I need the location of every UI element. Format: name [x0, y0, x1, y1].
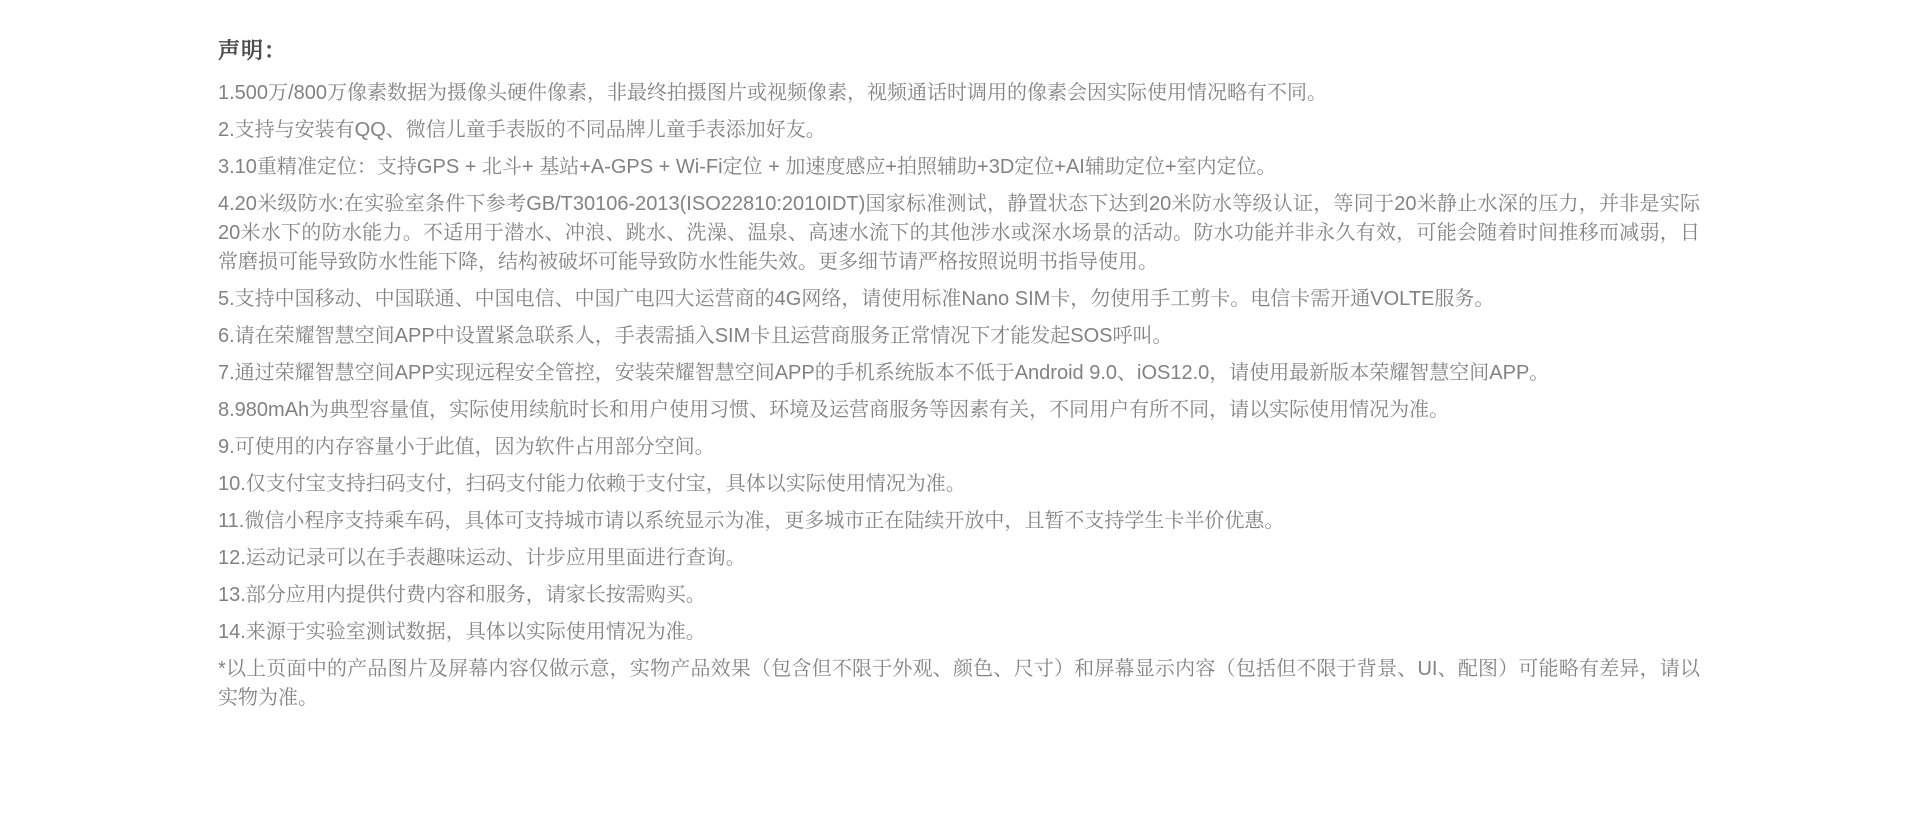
disclaimer-page: 声明： 1.500万/800万像素数据为摄像头硬件像素，非最终拍摄图片或视频像素…	[0, 0, 1920, 833]
disclaimer-item: 10.仅支付宝支持扫码支付，扫码支付能力依赖于支付宝，具体以实际使用情况为准。	[218, 470, 1700, 499]
disclaimer-footnote: *以上页面中的产品图片及屏幕内容仅做示意，实物产品效果（包含但不限于外观、颜色、…	[218, 655, 1700, 713]
disclaimer-item: 3.10重精准定位：支持GPS + 北斗+ 基站+A-GPS + Wi-Fi定位…	[218, 153, 1700, 182]
disclaimer-item: 2.支持与安装有QQ、微信儿童手表版的不同品牌儿童手表添加好友。	[218, 116, 1700, 145]
disclaimer-item: 9.可使用的内存容量小于此值，因为软件占用部分空间。	[218, 433, 1700, 462]
disclaimer-list: 1.500万/800万像素数据为摄像头硬件像素，非最终拍摄图片或视频像素，视频通…	[218, 79, 1700, 647]
disclaimer-item: 11.微信小程序支持乘车码，具体可支持城市请以系统显示为准，更多城市正在陆续开放…	[218, 507, 1700, 536]
disclaimer-item: 5.支持中国移动、中国联通、中国电信、中国广电四大运营商的4G网络，请使用标准N…	[218, 285, 1700, 314]
disclaimer-item: 7.通过荣耀智慧空间APP实现远程安全管控，安装荣耀智慧空间APP的手机系统版本…	[218, 359, 1700, 388]
disclaimer-item: 8.980mAh为典型容量值，实际使用续航时长和用户使用习惯、环境及运营商服务等…	[218, 396, 1700, 425]
disclaimer-item: 6.请在荣耀智慧空间APP中设置紧急联系人，手表需插入SIM卡且运营商服务正常情…	[218, 322, 1700, 351]
disclaimer-item: 1.500万/800万像素数据为摄像头硬件像素，非最终拍摄图片或视频像素，视频通…	[218, 79, 1700, 108]
disclaimer-item: 13.部分应用内提供付费内容和服务，请家长按需购买。	[218, 581, 1700, 610]
disclaimer-item: 14.来源于实验室测试数据，具体以实际使用情况为准。	[218, 618, 1700, 647]
disclaimer-item: 4.20米级防水:在实验室条件下参考GB/T30106-2013(ISO2281…	[218, 190, 1700, 277]
disclaimer-section: 声明： 1.500万/800万像素数据为摄像头硬件像素，非最终拍摄图片或视频像素…	[218, 34, 1700, 713]
disclaimer-title: 声明：	[218, 34, 1700, 65]
disclaimer-item: 12.运动记录可以在手表趣味运动、计步应用里面进行查询。	[218, 544, 1700, 573]
